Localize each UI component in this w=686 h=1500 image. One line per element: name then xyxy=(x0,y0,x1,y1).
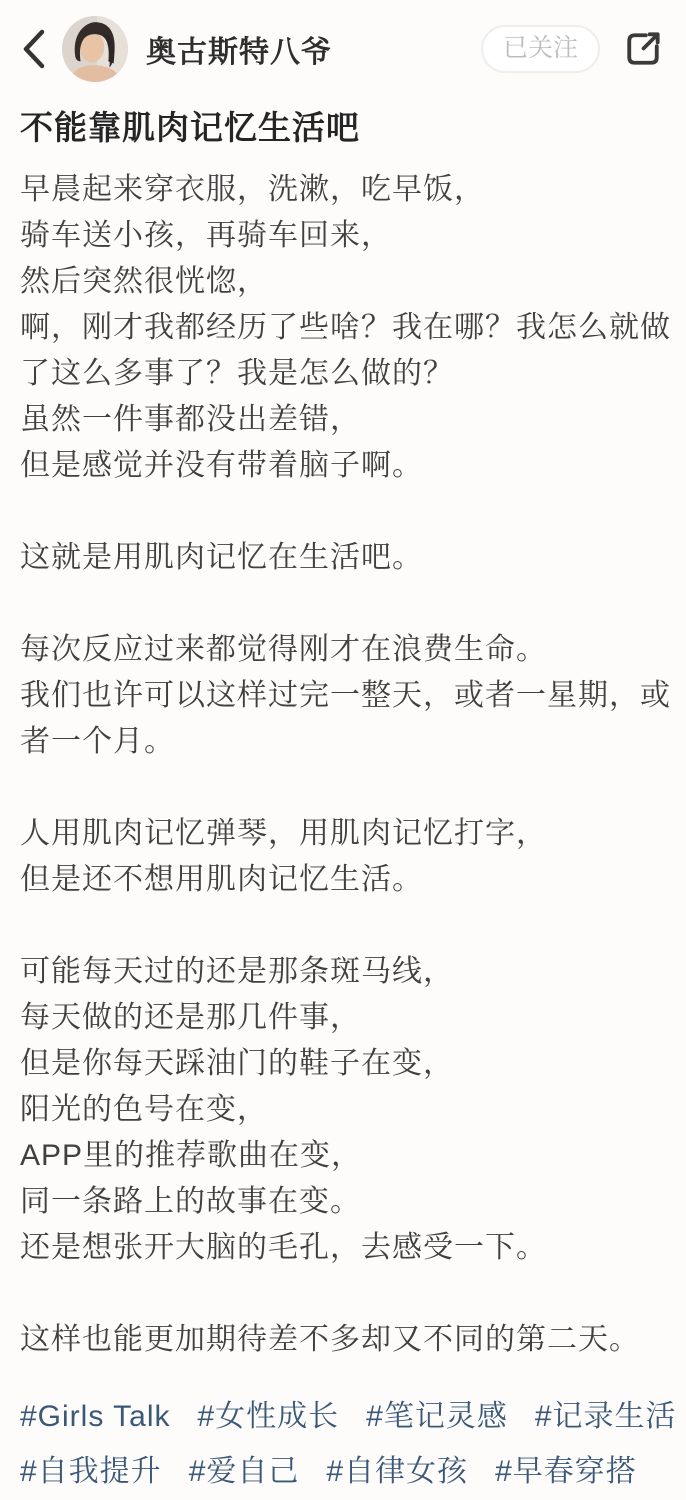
back-chevron-icon xyxy=(18,27,48,71)
body-line: 者一个月。 xyxy=(20,719,666,765)
post-title: 不能靠肌肉记忆生活吧 xyxy=(20,102,666,149)
body-line xyxy=(20,765,666,811)
body-line: 早晨起来穿衣服，洗漱，吃早饭， xyxy=(20,167,666,213)
hashtag[interactable]: #早春穿搭 xyxy=(495,1444,637,1499)
back-button[interactable] xyxy=(18,16,62,82)
body-line: APP里的推荐歌曲在变， xyxy=(20,1133,666,1179)
body-line: 这就是用肌肉记忆在生活吧。 xyxy=(20,535,666,581)
body-line xyxy=(20,903,666,949)
body-line: 但是你每天踩油门的鞋子在变， xyxy=(20,1041,666,1087)
body-line: 还是想张开大脑的毛孔，去感受一下。 xyxy=(20,1225,666,1271)
body-line: 啊，刚才我都经历了些啥？我在哪？我怎么就做 xyxy=(20,305,666,351)
body-line: 每次反应过来都觉得刚才在浪费生命。 xyxy=(20,627,666,673)
body-line: 可能每天过的还是那条斑马线， xyxy=(20,949,666,995)
body-line: 阳光的色号在变， xyxy=(20,1087,666,1133)
username[interactable]: 奥古斯特八爷 xyxy=(146,27,481,71)
hashtag-line-2: #自我提升#爱自己#自律女孩#早春穿搭 xyxy=(20,1444,666,1499)
hashtag-section: #Girls Talk#女性成长#笔记灵感#记录生活 #自我提升#爱自己#自律女… xyxy=(20,1389,666,1499)
body-line: 我们也许可以这样过完一整天，或者一星期，或 xyxy=(20,673,666,719)
hashtag[interactable]: #自我提升 xyxy=(20,1444,162,1499)
post-body: 早晨起来穿衣服，洗漱，吃早饭，骑车送小孩，再骑车回来，然后突然很恍惚，啊，刚才我… xyxy=(20,167,666,1363)
post-content: 不能靠肌肉记忆生活吧 早晨起来穿衣服，洗漱，吃早饭，骑车送小孩，再骑车回来，然后… xyxy=(0,102,686,1499)
post-header: 奥古斯特八爷 已关注 xyxy=(0,0,686,92)
hashtag[interactable]: #爱自己 xyxy=(189,1444,300,1499)
body-line: 人用肌肉记忆弹琴，用肌肉记忆打字， xyxy=(20,811,666,857)
body-line: 这样也能更加期待差不多却又不同的第二天。 xyxy=(20,1317,666,1363)
follow-button[interactable]: 已关注 xyxy=(481,25,600,73)
share-button[interactable] xyxy=(620,26,666,72)
body-line: 虽然一件事都没出差错， xyxy=(20,397,666,443)
body-line: 然后突然很恍惚， xyxy=(20,259,666,305)
hashtag[interactable]: #记录生活 xyxy=(535,1389,677,1444)
body-line: 但是感觉并没有带着脑子啊。 xyxy=(20,443,666,489)
hashtag[interactable]: #自律女孩 xyxy=(326,1444,468,1499)
body-line: 每天做的还是那几件事， xyxy=(20,995,666,1041)
hashtag[interactable]: #Girls Talk xyxy=(20,1389,170,1444)
body-line xyxy=(20,581,666,627)
hashtag[interactable]: #笔记灵感 xyxy=(366,1389,508,1444)
body-line xyxy=(20,489,666,535)
body-line: 同一条路上的故事在变。 xyxy=(20,1179,666,1225)
hashtag-line-1: #Girls Talk#女性成长#笔记灵感#记录生活 xyxy=(20,1389,666,1444)
body-line: 了这么多事了？我是怎么做的？ xyxy=(20,351,666,397)
body-line: 骑车送小孩，再骑车回来， xyxy=(20,213,666,259)
avatar[interactable] xyxy=(62,16,128,82)
hashtag[interactable]: #女性成长 xyxy=(197,1389,339,1444)
body-line: 但是还不想用肌肉记忆生活。 xyxy=(20,857,666,903)
share-arrow-icon xyxy=(621,27,665,71)
body-line xyxy=(20,1271,666,1317)
